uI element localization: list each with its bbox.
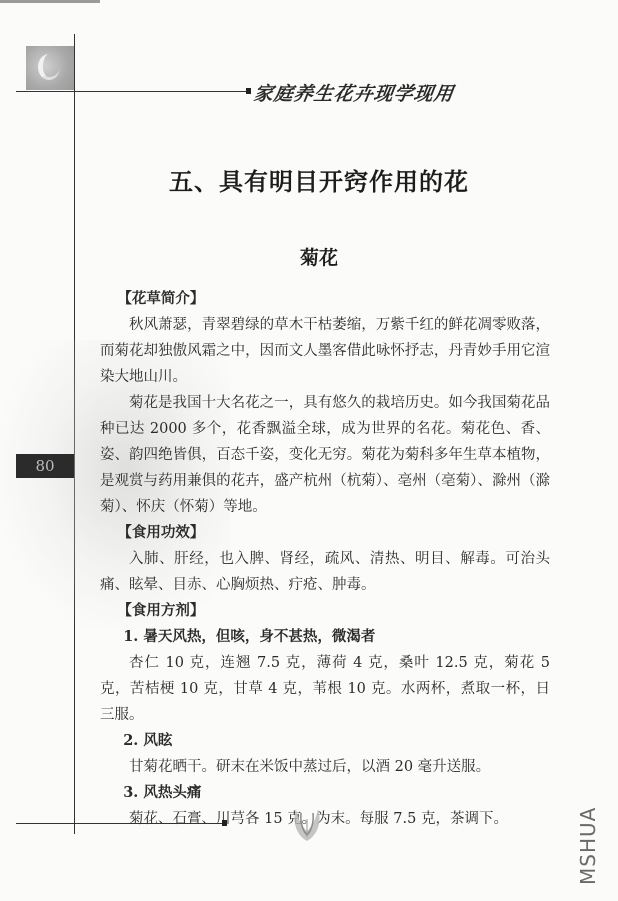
recipes-label: 【食用方剂】 <box>100 598 550 624</box>
corner-emblem-icon <box>26 46 74 90</box>
header-rule-end-dot <box>246 88 251 94</box>
section-title: 菊花 <box>0 243 618 270</box>
recipe-text: 菊花、石膏、川芎各 15 克。为末。每服 7.5 克，茶调下。 <box>100 806 550 832</box>
top-edge-strip <box>0 0 100 3</box>
watermark: MSHUA <box>576 785 600 885</box>
intro-label: 【花草简介】 <box>100 286 550 312</box>
header-rule <box>16 91 246 92</box>
body-text: 【花草简介】 秋风萧瑟，青翠碧绿的草木干枯萎缩，万紫千红的鲜花凋零败落，而菊花却… <box>100 286 550 832</box>
intro-paragraph: 菊花是我国十大名花之一，具有悠久的栽培历史。如今我国菊花品种已达 2000 多个… <box>100 390 550 520</box>
running-title: 家庭养生花卉现学现用 <box>252 79 456 106</box>
footer-flower-emblem-icon <box>290 805 324 845</box>
page-number: 80 <box>16 454 74 478</box>
footer-rule <box>16 823 222 824</box>
footer-rule-end-dot <box>222 820 227 826</box>
recipe-text: 甘菊花晒干。研末在米饭中蒸过后，以酒 20 毫升送服。 <box>100 754 550 780</box>
recipe-text: 杏仁 10 克，连翘 7.5 克，薄荷 4 克，桑叶 12.5 克，菊花 5 克… <box>100 650 550 728</box>
effects-paragraph: 入肺、肝经，也入脾、肾经，疏风、清热、明目、解毒。可治头痛、眩晕、目赤、心胸烦热… <box>100 546 550 598</box>
recipe-title: 3. 风热头痛 <box>100 780 550 806</box>
chapter-title: 五、具有明目开窍作用的花 <box>0 162 618 197</box>
crescent-icon <box>38 54 60 80</box>
effects-label: 【食用功效】 <box>100 520 550 546</box>
recipe-title: 2. 风眩 <box>100 728 550 754</box>
intro-paragraph: 秋风萧瑟，青翠碧绿的草木干枯萎缩，万紫千红的鲜花凋零败落，而菊花却独傲风霜之中，… <box>100 312 550 390</box>
recipe-title: 1. 暑天风热，但咳，身不甚热，微渴者 <box>100 624 550 650</box>
